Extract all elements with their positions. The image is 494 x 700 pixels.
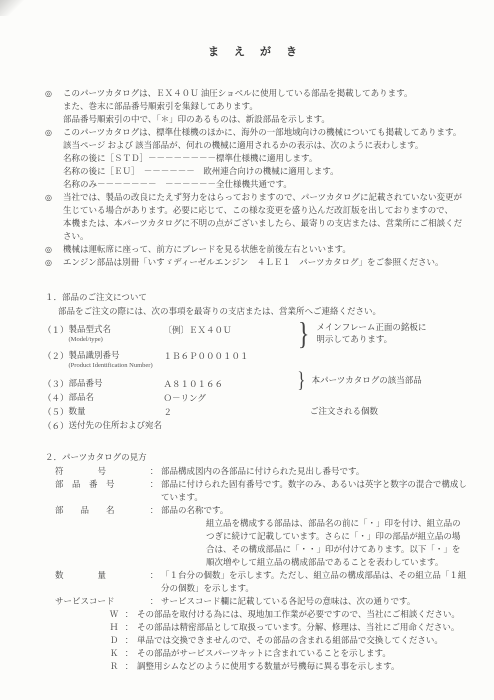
section2-heading: ２．パーツカタログの見方 [45,451,468,464]
term-label: サービスコード [55,595,147,608]
definition-row-part-number: 部 品 番 号 ： 部品に付けられた固有番号です。数字のみ、あるいは英字と数字の… [45,478,468,504]
annotation-line: 明示してあります。 [316,333,426,345]
double-circle-icon: ◎ [45,87,63,126]
item-value: １Ｂ６Ｐ０００１０１ [164,350,249,378]
colon-separator: ： [121,647,137,660]
double-circle-icon: ◎ [45,126,63,191]
term-description: 部品の名称です。 [161,504,468,517]
item-number: （２） [43,350,69,378]
note-line: 該当ページ および 該当部品が、何れの機械に適用されるかの表示は、次のように表わ… [63,139,468,152]
note-line: このパーツカタログは、ＥＸ４０Ｕ 油圧ショベルに使用している部品を掲載してありま… [63,87,468,100]
term-description: 「１台分の個数」を示します。ただし、組立品の構成部品は、その組立品「１組分の個数… [161,569,468,595]
nameplate-annotation: } メインフレーム正面の銘板に 明示してあります。 [296,321,426,345]
service-code-description: 調整用シムなどのように使用する数量が号機毎に異る事を示します。 [137,660,468,673]
annotation-line: ご注文される個数 [310,405,378,417]
note-line: エンジン部品は別冊「いすゞディーゼルエンジン ４ＬＥ１ パーツカタログ」をご参照… [63,256,468,269]
service-code-letter: Ｄ [107,634,121,647]
term-description: 部品に付けられた固有番号です。数字のみ、あるいは英字と数字の混合で構成しています… [161,478,468,504]
preface-note-2: ◎ このパーツカタログは、標準仕様機のほかに、海外の一部地域向けの機械についても… [45,126,468,191]
term-label: 部 品 名 [55,504,147,517]
document-page: ま え が き ◎ このパーツカタログは、ＥＸ４０Ｕ 油圧ショベルに使用している… [0,0,494,700]
service-code-description: その部品を取付ける為には、現地加工作業が必要ですので、当社にご相談ください。 [137,608,468,621]
colon-separator: ： [121,608,137,621]
preface-notes: ◎ このパーツカタログは、ＥＸ４０Ｕ 油圧ショベルに使用している部品を掲載してあ… [45,87,468,269]
brace-icon: } [298,327,310,340]
note-line: 名称のみ－－－－－－－ －－－－－－全仕様機共通です。 [63,178,468,191]
order-item-5: （５） 数量 ２ [43,406,468,420]
term-label: 部 品 番 号 [55,478,147,504]
preface-note-3: ◎ 当社では、製品の改良にたえず努力をはらっておりますので、パーツカタログに記載… [45,191,468,243]
service-code-row-r: Ｒ ： 調整用シムなどのように使用する数量が号機毎に異る事を示します。 [107,660,468,673]
term-label: 符 号 [55,465,147,478]
note-line: 名称の後に［ＥＵ］ －－－－－－ 欧州連合向けの機械に適用します。 [63,165,468,178]
item-number: （４） [43,392,69,406]
note-line: このパーツカタログは、標準仕様機のほかに、海外の一部地域向けの機械についても掲載… [63,126,468,139]
colon-separator: ： [121,634,137,647]
order-item-6: （６） 送付先の住所および宛名 [43,420,468,434]
section-ordering: １．部品のご注文について 部品をご注文の際には、次の事項を最寄りの支店または、営… [45,291,468,442]
note-line: 本機または、本パーツカタログに不明の点がございましたら、最寄りの支店または、営業… [63,217,468,230]
definition-row-service-code: サービスコード ： サービスコード欄に記載している各記号の意味は、次の通りです。 [45,595,468,608]
note-line: 生じている場合があります。必要に応じて、この様な変更を盛り込んだ改訂版を出してお… [63,204,468,217]
note-line: 機械は運転席に座って、前方にブレードを見る状態を前後左右といいます。 [63,243,468,256]
preface-note-4: ◎ 機械は運転席に座って、前方にブレードを見る状態を前後左右といいます。 [45,243,468,256]
definition-row-quantity: 数 量 ： 「１台分の個数」を示します。ただし、組立品の構成部品は、その組立品「… [45,569,468,595]
section-legend: ２．パーツカタログの見方 符 号 ： 部品構成図内の各部品に付けられた見出し番号… [45,451,468,673]
catalog-annotation: } 本パーツカタログの該当部品 [296,373,422,386]
note-line: 当社では、製品の改良にたえず努力をはらっておりますので、パーツカタログに記載され… [63,191,468,204]
service-code-description: 単品では交換できませんので、その部品の含まれる組部品で交換してください。 [137,634,468,647]
service-code-row-h: Ｈ ： その部品は精密部品として取扱っています。分解、修理は、当社にご用命くださ… [107,621,468,634]
definition-list: 符 号 ： 部品構成図内の各部品に付けられた見出し番号です。 部 品 番 号 ：… [45,465,468,673]
item-label: 製品識別番号 [69,350,164,361]
item-number: （３） [43,378,69,392]
section1-intro: 部品をご注文の際には、次の事項を最寄りの支店または、営業所へご連絡ください。 [58,305,468,318]
service-code-letter: Ｒ [107,660,121,673]
service-code-row-d: Ｄ ： 単品では交換できませんので、その部品の含まれる組部品で交換してください。 [107,634,468,647]
service-code-description: その部品がサービスパーツキットに含まれていることを示します。 [137,647,468,660]
item-value: Ｏ－リング [164,392,206,406]
section1-heading: １．部品のご注文について [45,291,468,304]
item-label: 送付先の住所および宛名 [69,420,164,431]
double-circle-icon: ◎ [45,243,63,256]
term-label: 数 量 [55,569,147,595]
page-title: ま え が き [45,46,462,59]
item-label: 数量 [69,406,164,417]
service-code-description: その部品は精密部品として取扱っています。分解、修理は、当社にご用命ください。 [137,621,468,634]
double-circle-icon: ◎ [45,191,63,243]
item-value: ２ [164,406,173,420]
service-code-letter: Ｗ [107,608,121,621]
service-code-letter: Ｋ [107,647,121,660]
assembly-note: 組立品を構成する部品は、部品名の前に「・」印を付け、組立品のつぎに続けて記載して… [206,517,468,569]
term-description: サービスコード欄に記載している各記号の意味は、次の通りです。 [161,595,468,608]
note-line: さい。 [63,230,468,243]
item-sublabel: (Model/type) [69,335,164,344]
colon-separator: ： [147,595,161,608]
colon-separator: ： [147,569,161,595]
note-line: また、巻末に部品番号順索引を集録してあります。 [63,100,468,113]
definition-row-part-name: 部 品 名 ： 部品の名称です。 [45,504,468,517]
preface-note-1: ◎ このパーツカタログは、ＥＸ４０Ｕ 油圧ショベルに使用している部品を掲載してあ… [45,87,468,126]
item-value: 〔例〕ＥＸ４０Ｕ [164,324,232,350]
item-sublabel: (Product Identification Number) [69,361,164,370]
annotation-line: メインフレーム正面の銘板に [316,321,426,333]
double-circle-icon: ◎ [45,256,63,269]
colon-separator: ： [147,465,161,478]
item-number: （６） [43,420,69,434]
item-number: （５） [43,406,69,420]
term-description: 部品構成図内の各部品に付けられた見出し番号です。 [161,465,468,478]
note-line: 部品番号順索引の中で、「＊」印のあるものは、新設部品を示します。 [63,113,468,126]
colon-separator: ： [147,504,161,517]
order-items: （１） 製品型式名 (Model/type) 〔例〕ＥＸ４０Ｕ （２） 製品識別… [43,324,468,442]
item-number: （１） [43,324,69,350]
colon-separator: ： [121,621,137,634]
service-code-row-k: Ｋ ： その部品がサービスパーツキットに含まれていることを示します。 [107,647,468,660]
service-code-row-w: Ｗ ： その部品を取付ける為には、現地加工作業が必要ですので、当社にご相談くださ… [107,608,468,621]
colon-separator: ： [121,660,137,673]
definition-row-symbol: 符 号 ： 部品構成図内の各部品に付けられた見出し番号です。 [45,465,468,478]
order-item-4: （４） 部品名 Ｏ－リング [43,392,468,406]
item-label: 製品型式名 [69,324,164,335]
item-label: 部品名 [69,392,164,403]
note-line: 名称の後に［ＳＴＤ］－－－－－－－－標準仕様機に適用します。 [63,152,468,165]
item-value: Ａ８１０１６６ [164,378,224,392]
brace-icon: } [297,373,305,386]
preface-note-5: ◎ エンジン部品は別冊「いすゞディーゼルエンジン ４ＬＥ１ パーツカタログ」をご… [45,256,468,269]
annotation-line: 本パーツカタログの該当部品 [312,374,422,386]
service-code-letter: Ｈ [107,621,121,634]
item-label: 部品番号 [69,378,164,389]
colon-separator: ： [147,478,161,504]
quantity-annotation: ご注文される個数 [310,405,378,417]
